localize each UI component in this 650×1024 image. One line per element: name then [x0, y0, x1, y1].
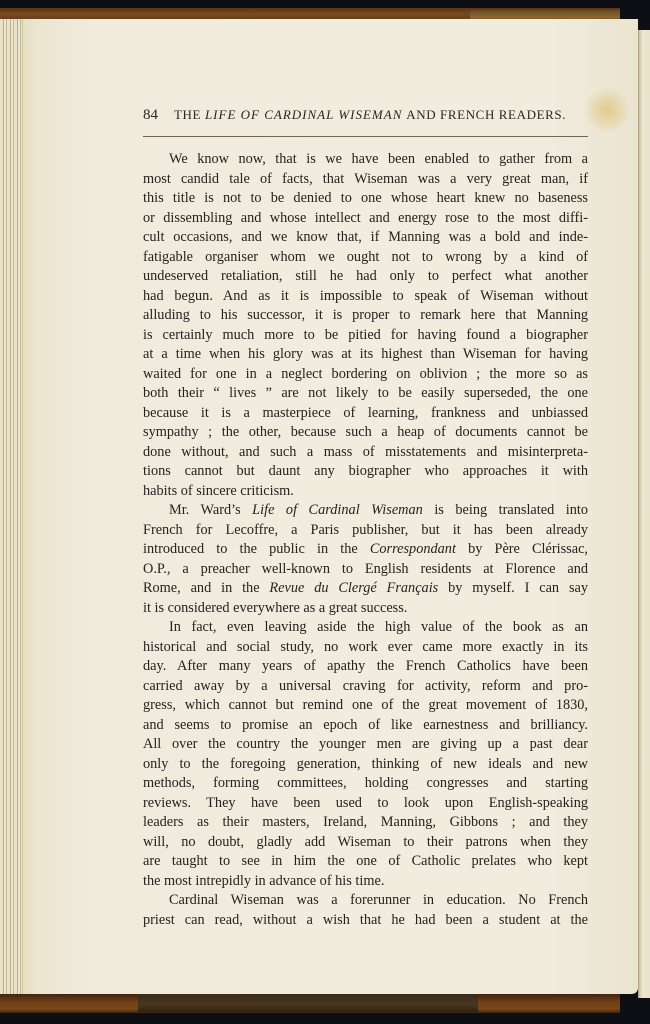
text-line: We know now, that is we have been enable…: [143, 150, 588, 170]
text-line: French for Lecoffre, a Paris publisher, …: [143, 521, 588, 541]
text-line: undeserved retaliation, still he had onl…: [143, 267, 588, 287]
italic-title-life-of-cardinal-wiseman: Life of Cardinal Wiseman: [252, 502, 423, 518]
text-line: at a time when his glory was at its high…: [143, 345, 588, 365]
text-run: is being translated into: [434, 502, 588, 518]
text-line: day. After many years of apathy the Fren…: [143, 657, 588, 677]
text-line: O.P., a preacher well-known to English r…: [143, 560, 588, 580]
text-line: the most intrepidly in advance of his ti…: [143, 872, 588, 892]
text-line: done without, and such a mass of misstat…: [143, 443, 588, 463]
text-line: leaders as their masters, Ireland, Manni…: [143, 813, 588, 833]
paragraph-4: Cardinal Wiseman was a forerunner in edu…: [143, 891, 588, 930]
text-line: had begun. And as it is impossible to sp…: [143, 287, 588, 307]
text-line: In fact, even leaving aside the high val…: [143, 618, 588, 638]
text-line: tions cannot but daunt any biographer wh…: [143, 462, 588, 482]
text-line: are taught to see in him the one of Cath…: [143, 852, 588, 872]
text-line: Cardinal Wiseman was a forerunner in edu…: [143, 891, 588, 911]
page-gutter: [22, 19, 42, 994]
text-line: both their “ lives ” are not likely to b…: [143, 384, 588, 404]
text-run: Rome, and in the: [143, 580, 260, 596]
header-rule: [143, 136, 588, 137]
text-line: methods, forming committees, holding con…: [143, 774, 588, 794]
text-line: and seems to promise an epoch of like ea…: [143, 716, 588, 736]
text-line: cult occasions, and we know that, if Man…: [143, 228, 588, 248]
text-line: priest can read, without a wish that he …: [143, 911, 588, 931]
paragraph-1: We know now, that is we have been enable…: [143, 150, 588, 501]
text-line: All over the country the younger men are…: [143, 735, 588, 755]
text-line: waited for one in a neglect bordering on…: [143, 365, 588, 385]
text-line: sympathy ; the other, because such a hea…: [143, 423, 588, 443]
paragraph-2: Mr. Ward’s Life of Cardinal Wiseman is b…: [143, 501, 588, 618]
text-line: this title is not to be denied to one wh…: [143, 189, 588, 209]
page-number: 84: [143, 107, 158, 124]
text-line: it is considered everywhere as a great s…: [143, 599, 588, 619]
text-line: reviews. They have been used to look upo…: [143, 794, 588, 814]
paragraph-3: In fact, even leaving aside the high val…: [143, 618, 588, 891]
text-line: will, no doubt, gladly add Wiseman to th…: [143, 833, 588, 853]
text-line: because it is a masterpiece of learning,…: [143, 404, 588, 424]
text-run: Mr. Ward’s: [169, 502, 241, 518]
book-cover-bottom-dark-band: [138, 994, 478, 1012]
italic-title-revue-du-clerge-francais: Revue du Clergé Français: [269, 580, 438, 596]
running-head: 84 THE LIFE OF CARDINAL WISEMAN AND FREN…: [143, 107, 575, 124]
text-line: habits of sincere criticism.: [143, 482, 588, 502]
text-line: Rome, and in the Revue du Clergé Françai…: [143, 579, 588, 599]
running-head-post: AND FRENCH READERS.: [406, 107, 566, 123]
text-line: Mr. Ward’s Life of Cardinal Wiseman is b…: [143, 501, 588, 521]
foxing-stain: [585, 88, 629, 132]
italic-title-correspondant: Correspondant: [370, 541, 456, 557]
text-line: historical and social study, no work eve…: [143, 638, 588, 658]
text-line: only to the foregoing generation, thinki…: [143, 755, 588, 775]
text-line: introduced to the public in the Correspo…: [143, 540, 588, 560]
running-head-pre: THE: [174, 107, 201, 123]
body-text: We know now, that is we have been enable…: [143, 150, 588, 930]
text-run: by Père Clérissac,: [468, 541, 588, 557]
text-line: gress, which cannot but remind one of th…: [143, 696, 588, 716]
text-line: carried away by a universal craving for …: [143, 677, 588, 697]
text-line: fatigable organiser whom we ought not to…: [143, 248, 588, 268]
text-run: by myself. I can say: [448, 580, 588, 596]
text-line: alluding to his successor, it is proper …: [143, 306, 588, 326]
text-line: is certainly much more to be pitied for …: [143, 326, 588, 346]
text-line: or dissembling and whose intellect and e…: [143, 209, 588, 229]
running-head-italic-title: LIFE OF CARDINAL WISEMAN: [205, 107, 402, 123]
text-line: most candid tale of facts, that Wiseman …: [143, 170, 588, 190]
text-run: introduced to the public in the: [143, 541, 358, 557]
page-stack-right: [638, 30, 650, 998]
